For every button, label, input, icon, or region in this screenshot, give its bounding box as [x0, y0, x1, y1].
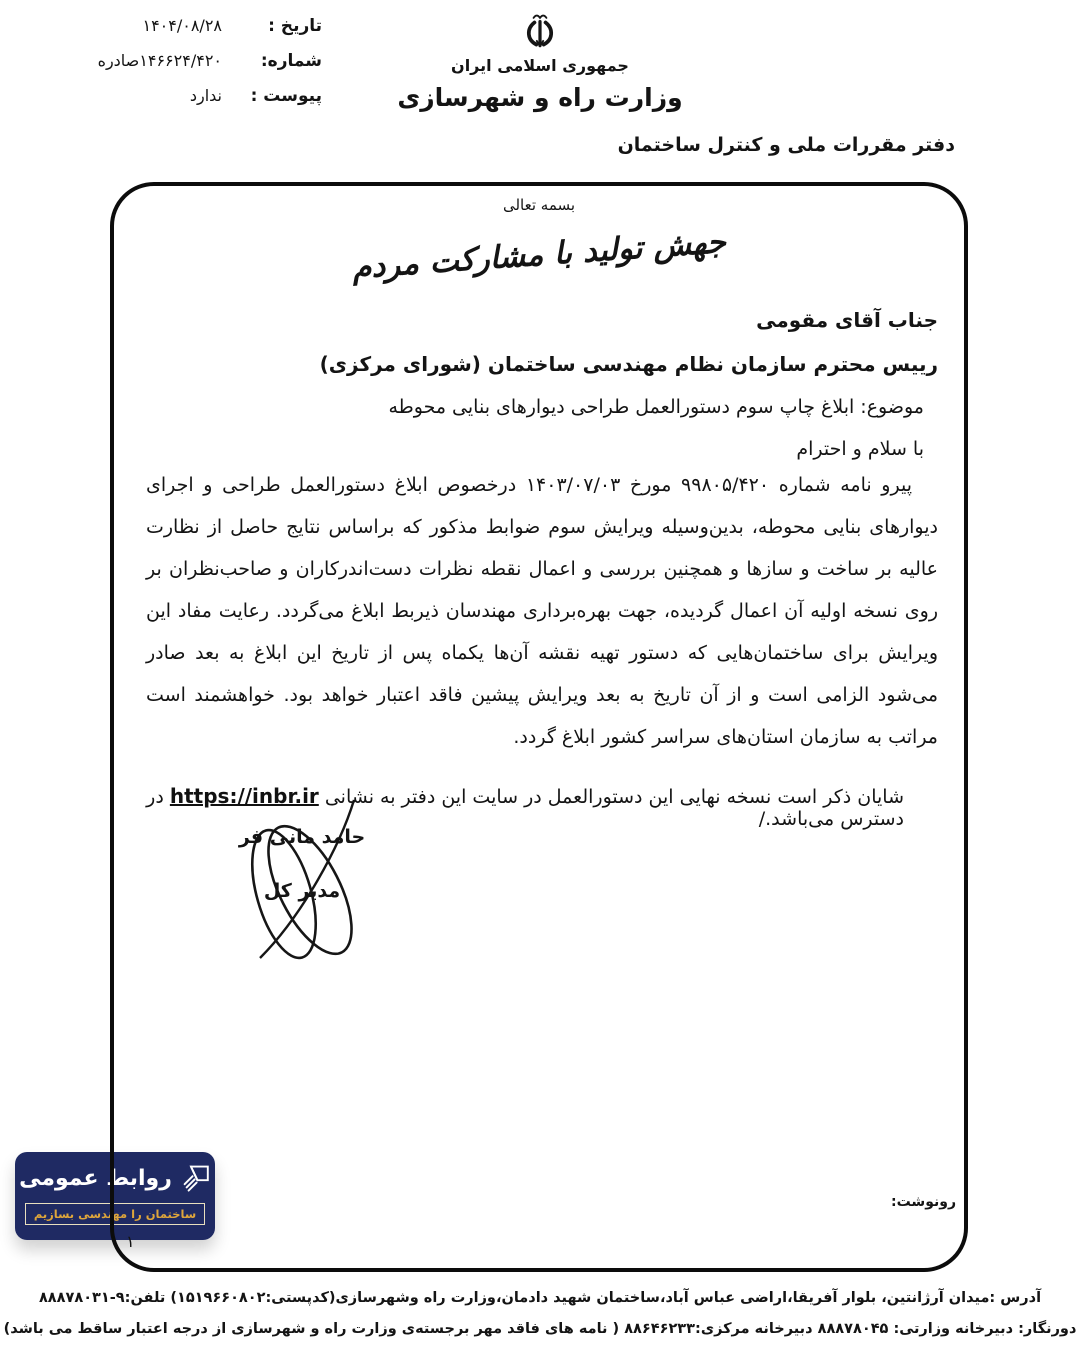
letter-frame: بسمه تعالی جهش تولید با مشارکت مردم جناب…: [110, 182, 968, 1272]
addressee-title: رییس محترم سازمان نظام مهندسی ساختمان (ش…: [140, 352, 938, 376]
number-value: ۱۴۶۶۲۴/۴۲۰صادره: [98, 51, 236, 70]
date-value: ۱۴۰۴/۰۸/۲۸: [142, 16, 236, 35]
iran-emblem-icon: [517, 4, 563, 56]
scanned-letter-page: تاریخ : ۱۴۰۴/۰۸/۲۸ شماره: ۱۴۶۶۲۴/۴۲۰صادر…: [0, 0, 1080, 1350]
letter-paragraph: پیرو نامه شماره ۹۹۸۰۵/۴۲۰ مورخ ۱۴۰۳/۰۷/۰…: [146, 464, 938, 758]
note-prefix: شایان ذکر است نسخه نهایی این دستورالعمل …: [319, 786, 904, 808]
copy-to-label: رونوشت:: [891, 1194, 956, 1210]
page-number: ۱: [126, 1232, 135, 1251]
greeting-line: با سلام و احترام: [140, 438, 938, 460]
date-row: تاریخ : ۱۴۰۴/۰۸/۲۸: [52, 16, 322, 36]
footer-fax-line: دورنگار: دبیرخانه وزارتی: ۸۸۸۷۸۰۴۵ دبیرخ…: [0, 1314, 1080, 1345]
signer-name: حامد مانی فر: [202, 826, 402, 848]
subject-line: موضوع: ابلاغ چاپ سوم دستورالعمل طراحی دی…: [140, 396, 938, 418]
footer-address-line: آدرس :میدان آرژانتین، بلوار آفریقا،اراضی…: [0, 1283, 1080, 1314]
number-label: شماره:: [236, 51, 322, 71]
signer-title: مدیر کل: [202, 880, 402, 902]
attachment-label: پیوست :: [236, 86, 322, 106]
letter-meta-fields: تاریخ : ۱۴۰۴/۰۸/۲۸ شماره: ۱۴۶۶۲۴/۴۲۰صادر…: [52, 16, 322, 121]
attachment-value: ندارد: [190, 86, 236, 105]
office-title: دفتر مقررات ملی و کنترل ساختمان: [618, 134, 955, 156]
footer: آدرس :میدان آرژانتین، بلوار آفریقا،اراضی…: [0, 1283, 1080, 1345]
signature-block: حامد مانی فر مدیر کل: [202, 794, 402, 984]
date-label: تاریخ :: [236, 16, 322, 36]
attachment-row: پیوست : ندارد: [52, 86, 322, 106]
addressee-name: جناب آقای مقومی: [140, 308, 938, 332]
letter-body: بسمه تعالی جهش تولید با مشارکت مردم جناب…: [114, 186, 964, 1268]
number-row: شماره: ۱۴۶۶۲۴/۴۲۰صادره: [52, 51, 322, 71]
